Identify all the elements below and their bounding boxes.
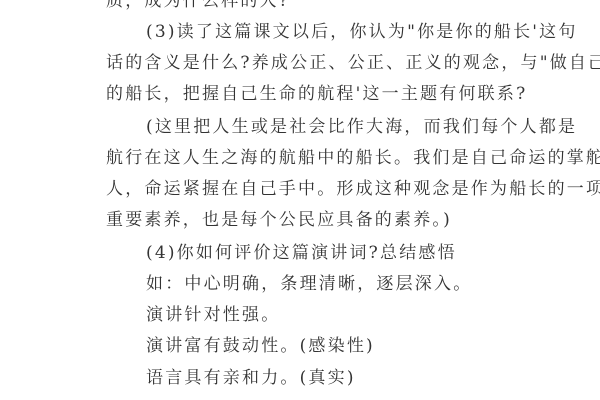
answer-4-line-4: 语言具有亲和力。(真实) [146, 368, 356, 388]
answer-4-line-2: 演讲针对性强。 [146, 305, 280, 325]
question-4: (4)你如何评价这篇演讲词?总结感悟 [146, 243, 457, 263]
document-page: 质，成为什么样的人? (3)读了这篇课文以后，你认为"你是你的船长'这句 话的含… [0, 0, 600, 400]
answer-3-line-4: 重要素养，也是每个公民应具备的素养。) [106, 210, 452, 230]
answer-4-line-1: 如：中心明确，条理清晰，逐层深入。 [146, 274, 472, 294]
answer-3-line-3: 人，命运紧握在自己手中。形成这种观念是作为船长的一项 [106, 179, 600, 199]
answer-3-line-2: 航行在这人生之海的航船中的船长。我们是自己命运的掌舵 [106, 148, 600, 168]
answer-4-line-3: 演讲富有鼓动性。(感染性) [146, 336, 375, 356]
text-line-0: 质，成为什么样的人? [106, 0, 290, 11]
question-3-line-1: (3)读了这篇课文以后，你认为"你是你的船长'这句 [146, 22, 578, 42]
question-3-line-3: 的船长，把握自己生命的航程'这一主题有何联系? [106, 84, 527, 104]
answer-3-line-1: (这里把人生或是社会比作大海，而我们每个人都是 [146, 117, 577, 137]
question-3-line-2: 话的含义是什么?养成公正、公正、正义的观念，与"做自己 [106, 53, 600, 73]
